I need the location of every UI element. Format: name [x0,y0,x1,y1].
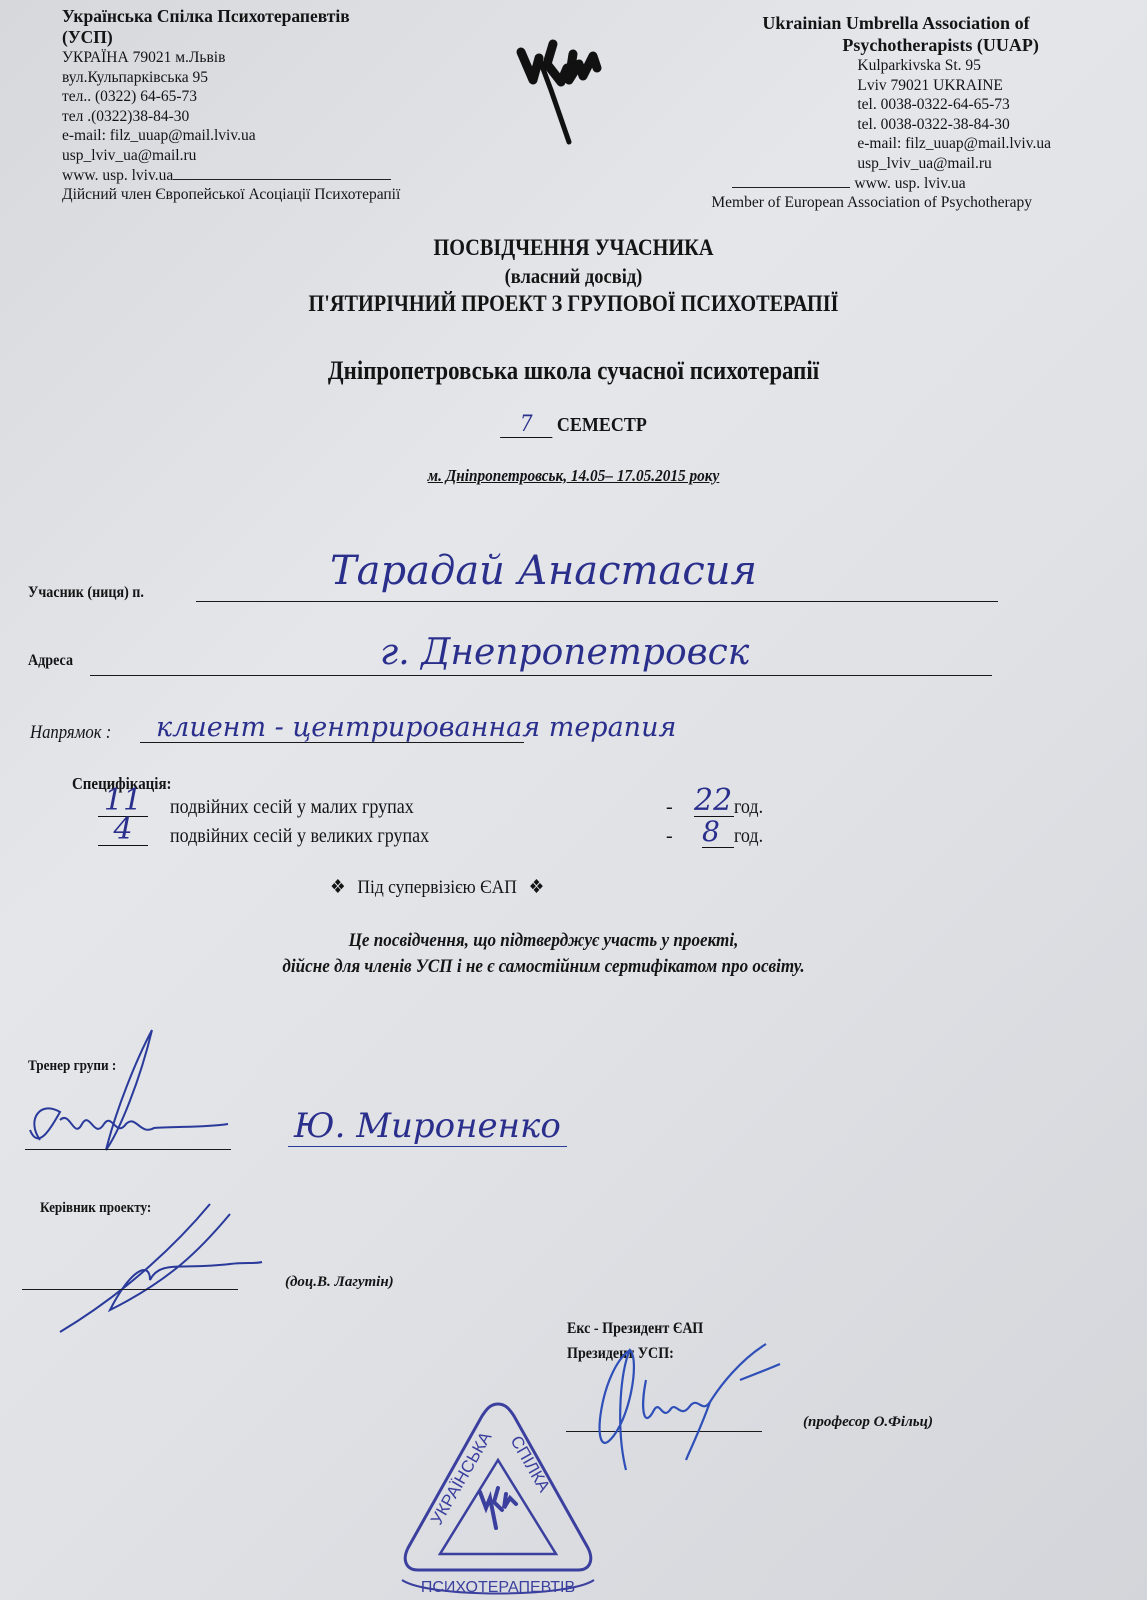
spec-hours: 22 [694,786,734,817]
address-value: г. Днепропетровск [380,632,749,673]
title-block: ПОСВІДЧЕННЯ УЧАСНИКА (власний досвід) П'… [0,234,1147,318]
semester-number: 7 [500,412,552,438]
spec-unit: год. [734,825,763,848]
usp-logo-icon [513,30,613,150]
spec-text: подвійних сесій у великих групах [170,825,429,848]
spec-hours: 8 [702,817,734,848]
usp-logo-icon [480,1488,516,1528]
project-lead-signature-line [22,1289,238,1290]
membership-ua: Дійсний член Європейської Асоціації Псих… [62,185,400,205]
trainer-name: Ю. Мироненко [288,1106,567,1147]
spec-row-large-groups: 4 подвійних сесій у великих групах - 8 г… [98,823,798,851]
email-line: e-mail: filz_uuap@mail.lviv.ua [62,126,400,146]
membership-en: Member of European Association of Psycho… [711,193,1051,213]
website-line: www. usp. lviv.ua [732,174,1051,194]
certificate-subtitle: (власний досвід) [69,262,1078,290]
place-date: м. Дніпропетровськ, 14.05– 17.05.2015 ро… [57,466,1089,486]
address-label: Адреса [28,652,73,670]
project-lead-name: (доц.В. Лагутін) [285,1274,394,1291]
phone-line: tel. 0038-0322-38-84-30 [857,115,1051,135]
address-line: Kulparkivska St. 95 [857,56,1051,76]
spec-dash: - [666,825,673,848]
school-name: Дніпропетровська школа сучасної психотер… [69,356,1078,386]
header-right: Ukrainian Umbrella Association of Psycho… [857,12,1051,213]
address-line: УКРАЇНА 79021 м.Львів [62,48,400,68]
email-line: e-mail: filz_uuap@mail.lviv.ua [857,134,1051,154]
spec-text: подвійних сесій у малих групах [170,796,414,819]
note-line-1: Це посвідчення, що підтверджує участь у … [27,928,1059,954]
semester-label: СЕМЕСТР [557,414,647,436]
spec-unit: год. [734,796,763,819]
phone-line: тел .(0322)38-84-30 [62,107,400,127]
header-left: Українська Спілка Психотерапевтів (УСП) … [62,6,400,205]
trainer-signature-line [25,1149,231,1150]
president-signature [590,1340,790,1480]
organization-stamp: УКРАЇНСЬКА СПІЛКА ПСИХОТЕРАПЕВТІВ [398,1398,598,1600]
project-lead-signature [30,1200,270,1340]
address-line: вул.Кульпарківська 95 [62,68,400,88]
spec-dash: - [666,796,673,819]
spec-count: 4 [98,815,148,846]
stamp-text-left: УКРАЇНСЬКА [427,1428,496,1528]
email-line: usp_lviv_ua@mail.ru [857,154,1051,174]
org-name-en-2: Psychotherapists (UUAP) [842,34,1051,56]
validity-note: Це посвідчення, що підтверджує участь у … [27,928,1059,980]
project-title: П'ЯТИРІЧНИЙ ПРОЕКТ З ГРУПОВОЇ ПСИХОТЕРАП… [69,290,1078,318]
supervision-line: ❖ Під супервізією ЄАП ❖ [330,876,544,899]
org-abbr-ua: (УСП) [62,27,400,48]
participant-label: Учасник (ниця) п. [28,584,144,602]
semester-line: 7 СЕМЕСТР [57,412,1089,438]
diamond-bullet-icon: ❖ [529,877,545,898]
certificate-title: ПОСВІДЧЕННЯ УЧАСНИКА [69,234,1078,262]
email-line: usp_lviv_ua@mail.ru [62,146,400,166]
phone-line: тел.. (0322) 64-65-73 [62,87,400,107]
org-name-ua: Українська Спілка Психотерапевтів [62,6,400,27]
address-line: Lviv 79021 UKRAINE [857,76,1051,96]
phone-line: tel. 0038-0322-64-65-73 [857,95,1051,115]
trainer-signature [20,1020,250,1170]
org-name-en-1: Ukrainian Umbrella Association of [762,12,1051,34]
president-name: (професор О.Фільц) [803,1414,933,1431]
divider [173,178,391,180]
president-label-1: Екс - Президент ЄАП [567,1320,703,1338]
participant-field-line [196,601,998,602]
divider [732,186,850,188]
supervision-text: Під супервізією ЄАП [357,877,516,898]
note-line-2: дійсне для членів УСП і не є самостійним… [27,954,1059,980]
direction-value: клиент - центрированная терапия [156,712,676,743]
diamond-bullet-icon: ❖ [330,877,346,898]
direction-label: Напрямок : [30,722,111,744]
participant-value: Тарадай Анастасия [330,548,757,594]
spec-row-small-groups: 11 подвійних сесій у малих групах - 22 г… [98,794,798,822]
address-field-line [90,675,992,676]
website-line: www. usp. lviv.ua [62,166,400,186]
